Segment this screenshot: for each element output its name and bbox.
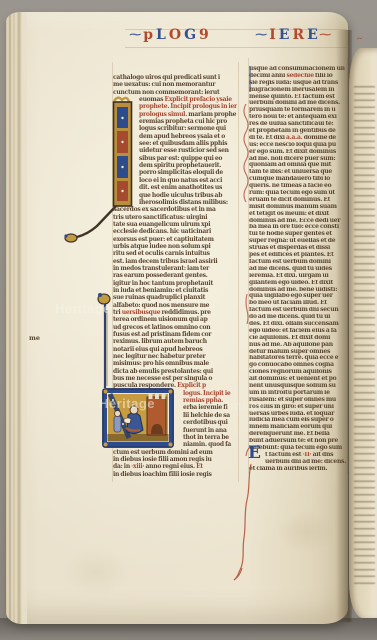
- text-line: cerdotibus qui: [183, 419, 237, 426]
- title-letter: ~: [254, 27, 270, 43]
- text-line: ciones regnorum aquilonis: [249, 369, 347, 376]
- text-line: porro simplicitas eloquii de: [139, 169, 237, 176]
- text-line: struas et disperdas et dissi: [249, 245, 347, 252]
- text-line: des. Et dixi. ollam succensam: [249, 321, 347, 328]
- text-line: lii helchie de sa: [183, 412, 237, 419]
- text-line: loco ei in quo natus est acci: [139, 177, 237, 184]
- text-line: ego uideo: et faciem eius a fa: [249, 328, 347, 335]
- chapter-initial-e: E: [248, 444, 261, 462]
- text-line: rum: quia tecum ego sum ut: [249, 190, 347, 197]
- text-line: sie regis iuda: usque ad trans: [249, 80, 347, 87]
- text-line: ba mea in ore tuo: ecce consti: [249, 224, 347, 231]
- margin-ornament: [98, 293, 110, 388]
- text-line: tero noui te: et antequam exi: [249, 114, 347, 121]
- text-line: fusus est ad pristinam fidem cor: [113, 331, 237, 338]
- text-line: tate sua euangelicum uirum xpi: [113, 221, 237, 228]
- title-letter: 9: [199, 27, 210, 43]
- text-line: nent unusquisque solium su: [249, 383, 347, 390]
- text-line: tris utero sanctificatus: uirgini: [113, 214, 237, 221]
- text-line: in diebus ioachim filii iosie regis: [113, 471, 237, 478]
- title-letter: ~: [318, 27, 334, 43]
- text-line: eruam te dicit dominus. Et: [249, 197, 347, 204]
- text-line: ad me dicens. quid tu uides: [249, 266, 347, 273]
- title-letter: G: [184, 27, 197, 43]
- text-line: sibus par est: quippe qui eo: [139, 155, 237, 162]
- text-line: erba ieremie fi: [183, 404, 237, 411]
- text-line: uersas urbes iuda. et loquar: [249, 411, 347, 418]
- text-line: logus scribitur: sermone qui: [139, 125, 237, 132]
- title-letter: E: [279, 27, 291, 43]
- text-line: eremias propheta cui hic pro: [139, 118, 237, 125]
- text-line: misimus: pro his omnibus male: [113, 360, 237, 367]
- text-line: logus. Incipit ie: [183, 390, 237, 397]
- text-line: mnem maliciam eorum qui: [249, 424, 347, 431]
- text-line: et prophetam in gentibus de: [249, 128, 347, 135]
- text-line: iherosolimis distans milibus:: [139, 199, 237, 206]
- text-line: ros eius in giro: et super uni: [249, 404, 347, 411]
- text-line: mense quinto. Et factum est: [249, 94, 347, 101]
- text-line: t factum est ·II· ait dns: [265, 452, 347, 459]
- text-line: tri uersibusque reddidimus. pre: [113, 309, 237, 316]
- text-line: notarii eius qui apud hebreos: [113, 346, 237, 353]
- text-line: alfabeto: quod nos mensure me: [113, 302, 237, 309]
- text-line: factum est uerbum domini: [249, 259, 347, 266]
- title-letter: p: [143, 27, 154, 43]
- running-title-prologus: ~pLOG9: [131, 27, 210, 43]
- text-line: terea ordinem uisionum qui ap: [113, 316, 237, 323]
- text-line: habitatores terre. quia ecce e: [249, 355, 347, 362]
- text-line: cunctum non commemorant: ierut: [113, 89, 237, 96]
- text-line: misit dominus manum suam: [249, 204, 347, 211]
- text-line: gilantem ego uideo. Et dixit: [249, 280, 347, 287]
- title-letter: L: [156, 27, 167, 43]
- text-line: fuerunt in ana: [183, 427, 237, 434]
- text-line: dem apud hebreos ysaia et o: [139, 133, 237, 140]
- text-line: ad me. noli dicere puer sum:: [249, 156, 347, 163]
- text-line: pes et edifices et plantes. Et: [249, 252, 347, 259]
- right-text-column: usque ad consummacionem undecimi anni se…: [249, 66, 347, 473]
- text-line: nec legitur nec habetur preter: [113, 353, 237, 360]
- text-line: quoniam ad omnia que mit: [249, 162, 347, 169]
- text-line: igitur in hoc tantum prophetauit: [113, 280, 237, 287]
- running-title-ieremias: ~IERE~: [257, 27, 331, 43]
- text-line: uerbum domini ad me dicens.: [249, 100, 347, 107]
- text-line: go conuocabo omnes cogna: [249, 362, 347, 369]
- text-line: in iuda et beniamin: et ciuitatis: [113, 287, 237, 294]
- text-line: et tetigit os meum: et dixit: [249, 211, 347, 218]
- text-line: cathalogo uiros qui predicati sunt i: [113, 74, 237, 81]
- text-line: euomas Explicit prefacio ysaie: [139, 96, 237, 103]
- text-line: sacerdos ex sacerdotibus et in ma: [113, 206, 237, 213]
- text-line: um in introitu portarum ie: [249, 390, 347, 397]
- text-line: ritu sed et oculis carnis intuitus: [113, 250, 237, 257]
- text-line: ud grecos et latinos omnino con: [113, 324, 237, 331]
- text-line: res de uulua sanctificaui te:: [249, 121, 347, 128]
- text-line: prophete. Incipit prologus in ier: [139, 103, 237, 110]
- left-text-column: cathalogo uiros qui predicati sunt ime u…: [113, 74, 237, 478]
- text-line: que hodie uiculus tribus ab: [139, 192, 237, 199]
- text-line: in medos transtulerant: iam ter: [113, 265, 237, 272]
- text-line: cie aquilonis. Et dixit domi: [249, 335, 347, 342]
- text-line: bus me necesse est per singula o: [113, 375, 237, 382]
- text-line: er ego sum. Et dixit dominus: [249, 149, 347, 156]
- text-line: ualebunt: quia tecum ego sum: [249, 445, 347, 452]
- text-line: queris. ne timeas a facie eo: [249, 183, 347, 190]
- text-line: niamin. quod fa: [183, 441, 237, 448]
- text-line: ctum est uerbum domini ad eum: [113, 449, 237, 456]
- text-line: di te. Et dixi a.a.a. domine de: [249, 135, 347, 142]
- text-line: da: in ·xiii· anno regni eius. Et: [113, 463, 237, 470]
- text-line: me uexatus: cui non memorantur: [113, 81, 237, 88]
- manuscript-photo: ~ ~pLOG9 ~IERE~: [0, 0, 377, 640]
- text-line: us: ecce nescio loqui quia pu: [249, 142, 347, 149]
- text-line: sue ruinas quadruplici planxit: [113, 294, 237, 301]
- title-letter: O: [169, 27, 182, 43]
- text-line: et clama in auribus ierlm.: [249, 466, 347, 473]
- text-line: dominus ad me. Ecce dedi uer: [249, 218, 347, 225]
- text-line: usque ad consummacionem un: [249, 66, 347, 73]
- title-letter: ~: [128, 27, 144, 43]
- text-line: dereliquerunt me. Et bella: [249, 431, 347, 438]
- text-line: factum est uerbum dni secun: [249, 307, 347, 314]
- text-line: migracionem iherusalem in: [249, 87, 347, 94]
- text-line: iudicia mea cum eis super o: [249, 417, 347, 424]
- text-line: remias ppha.: [183, 397, 237, 404]
- text-line: cumque mandauero tibi lo: [249, 176, 347, 183]
- text-line: do ad me dicens. quid tu ui: [249, 314, 347, 321]
- text-line: uidetur esse rusticior sed sen: [139, 147, 237, 154]
- text-line: dem spiritu prophetauerit.: [139, 162, 237, 169]
- text-line: dit. est enim anathotites us: [139, 184, 237, 191]
- text-line: priusquam te formarem in u: [249, 107, 347, 114]
- text-line: dicta ab emulis prestolantes: qui: [113, 368, 237, 375]
- text-line: exorsus est puer: et captiuitatem: [113, 236, 237, 243]
- text-line: ait dominus: et uenient et po: [249, 376, 347, 383]
- text-line: bo meo ut faciam illud. Et: [249, 300, 347, 307]
- text-line: est. iam decem tribus israel assirii: [113, 258, 237, 265]
- text-line: see: et quibusdam aliis pphis: [139, 140, 237, 147]
- text-line: uerbum dni ad me: dicens.: [265, 459, 347, 466]
- text-line: urbis atque iudee non solum spi: [113, 243, 237, 250]
- text-line: ieremia. Et dixi. uirgam ui: [249, 273, 347, 280]
- text-line: dominus ad me. bene uidisti:: [249, 287, 347, 294]
- marginal-note: me: [29, 334, 40, 342]
- text-line: detur malum super omnes: [249, 349, 347, 356]
- text-line: super regna: ut euellas et de: [249, 238, 347, 245]
- text-line: decimi anni sedechie filii io: [249, 73, 347, 80]
- text-line: tam te ibis: et uniuersa que: [249, 169, 347, 176]
- text-line: ras earum possederant gentes.: [113, 272, 237, 279]
- text-line: bunt aduersum te: et non pre: [249, 438, 347, 445]
- text-line: thot in terra be: [183, 434, 237, 441]
- text-line: reximus. librum autem baruch: [113, 338, 237, 345]
- title-letter: I: [269, 27, 277, 43]
- text-line: quia uigilabo ego super uer: [249, 293, 347, 300]
- text-line: rusalem: et super omnes mu: [249, 397, 347, 404]
- text-line: puscula respondere. Explicit p: [113, 382, 237, 389]
- text-line: nus ad me. Ab aquilone pan: [249, 342, 347, 349]
- text-line: prologus simul. mariam prophe: [139, 111, 237, 118]
- text-line: tui te hodie super gentes et: [249, 231, 347, 238]
- text-line: ecclesie dedicans. hic uaticinari: [113, 228, 237, 235]
- title-letter: R: [292, 27, 305, 43]
- text-line: in diebus iosie filii amon regis iu: [113, 456, 237, 463]
